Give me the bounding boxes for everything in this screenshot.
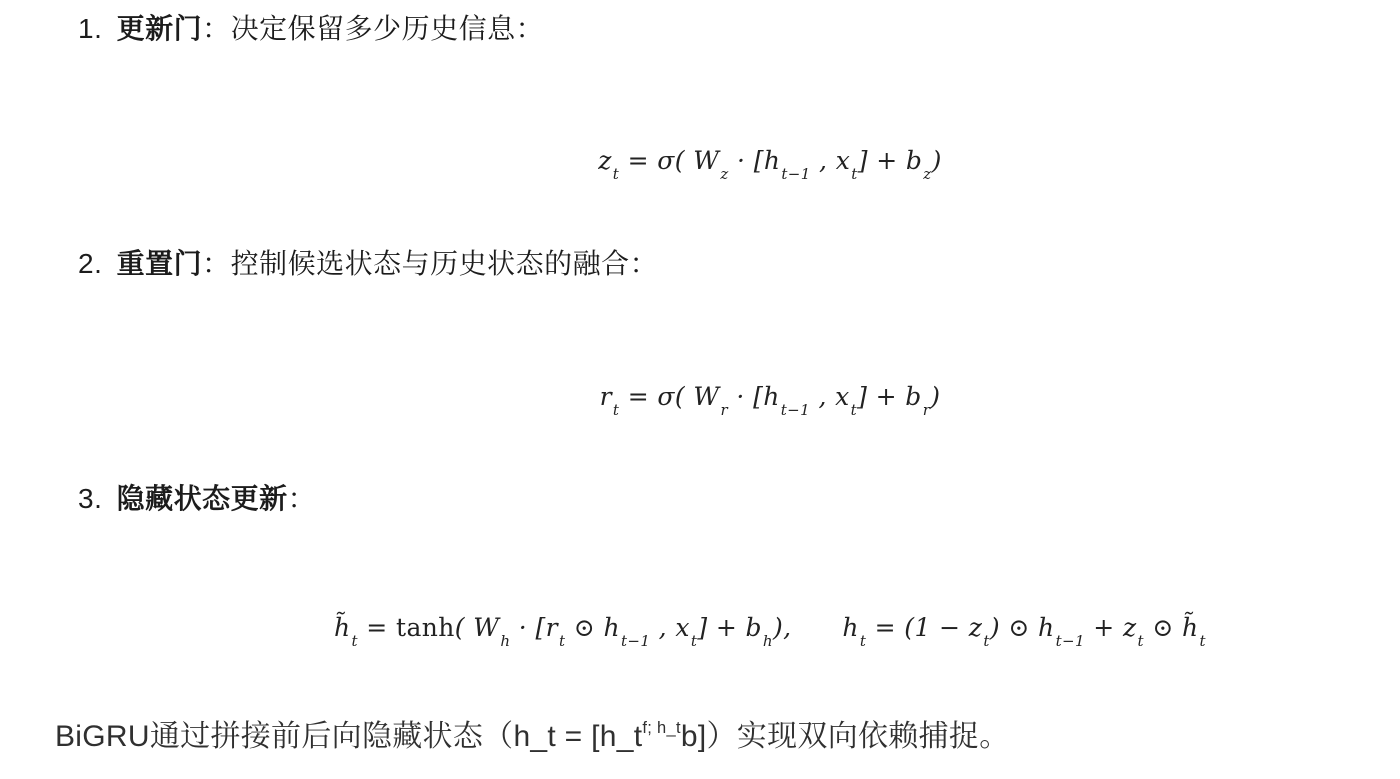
item-term: 隐藏状态更新 bbox=[117, 483, 288, 514]
text-run: t−1 bbox=[621, 632, 650, 650]
text-run: BiGRU通过拼接前后向隐藏状态（h_t = [h_t bbox=[55, 720, 642, 753]
text-run: ), bbox=[773, 613, 792, 642]
text-run: h bbox=[763, 632, 773, 650]
item-number: 2. bbox=[78, 248, 111, 279]
equation-hidden-state-update: h̃t = tanh( Wh · [rt ⊙ ht−1 , xt] + bh),… bbox=[0, 606, 1400, 650]
text-run: ⊙ bbox=[565, 613, 603, 642]
text-run: t bbox=[559, 632, 565, 650]
text-run: , x bbox=[650, 613, 690, 642]
text-run: z bbox=[720, 165, 728, 183]
text-run: + z bbox=[1085, 613, 1137, 642]
text-run: t bbox=[851, 401, 857, 419]
text-run: = σ( W bbox=[619, 146, 719, 175]
text-run: h bbox=[842, 613, 859, 642]
text-run: ) bbox=[930, 382, 940, 411]
text-run: = σ( W bbox=[619, 382, 719, 411]
text-run: h bbox=[500, 632, 510, 650]
text-run: t−1 bbox=[781, 165, 810, 183]
text-run: · [h bbox=[728, 382, 780, 411]
text-run: z bbox=[923, 165, 931, 183]
text-run: r bbox=[720, 401, 728, 419]
content-area: 1. 更新门：决定保留多少历史信息： zt = σ( Wz · [ht−1 , … bbox=[0, 0, 1400, 779]
text-run: t bbox=[352, 632, 358, 650]
text-run: f; h_t bbox=[642, 719, 681, 737]
text-run: t bbox=[613, 165, 619, 183]
item-text: ： bbox=[288, 483, 317, 514]
text-run: t bbox=[613, 401, 619, 419]
text-run: · [h bbox=[729, 146, 781, 175]
text-run: t bbox=[860, 632, 866, 650]
text-run: ] + b bbox=[857, 382, 922, 411]
item-number: 1. bbox=[78, 13, 111, 44]
text-run: t bbox=[1200, 632, 1206, 650]
item-text: ：决定保留多少历史信息： bbox=[202, 13, 544, 44]
text-run bbox=[792, 613, 843, 642]
text-run: = (1 − z bbox=[866, 613, 982, 642]
text-run: = bbox=[358, 613, 396, 642]
text-run: r bbox=[600, 382, 612, 411]
text-run: h bbox=[603, 613, 620, 642]
text-run: ( W bbox=[455, 613, 500, 642]
text-run: t−1 bbox=[1056, 632, 1085, 650]
item-number: 3. bbox=[78, 483, 111, 514]
text-run: t bbox=[851, 165, 857, 183]
text-run: ] + b bbox=[697, 613, 762, 642]
text-run: ) bbox=[932, 146, 942, 175]
text-run: t bbox=[1138, 632, 1144, 650]
text-run: r bbox=[923, 401, 931, 419]
text-run: z bbox=[598, 146, 612, 175]
item-term: 重置门 bbox=[117, 248, 203, 279]
text-run: t−1 bbox=[781, 401, 810, 419]
text-run: · [r bbox=[510, 613, 558, 642]
text-run: , x bbox=[811, 146, 851, 175]
list-item-update-gate: 1. 更新门：决定保留多少历史信息： bbox=[78, 10, 544, 48]
equation-reset-gate: rt = σ( Wr · [ht−1 , xt] + br) bbox=[0, 375, 1400, 419]
equation-update-gate: zt = σ( Wz · [ht−1 , xt] + bz) bbox=[0, 139, 1400, 183]
item-text: ：控制候选状态与历史状态的融合： bbox=[202, 248, 658, 279]
text-run: , x bbox=[810, 382, 850, 411]
text-run: h̃ bbox=[334, 613, 351, 642]
text-run: ) bbox=[990, 613, 1009, 642]
text-run: ] + b bbox=[858, 146, 923, 175]
item-term: 更新门 bbox=[117, 13, 203, 44]
document-page: { "page": { "background": "#ffffff", "te… bbox=[0, 0, 1400, 779]
text-run: b]）实现双向依赖捕捉。 bbox=[681, 720, 1010, 753]
footer-paragraph-bigru: BiGRU通过拼接前后向隐藏状态（h_t = [h_tf; h_tb]）实现双向… bbox=[55, 716, 1010, 758]
list-item-hidden-state-update: 3. 隐藏状态更新： bbox=[78, 480, 316, 518]
text-run: ⊙ bbox=[1008, 613, 1029, 642]
text-run: t bbox=[691, 632, 697, 650]
text-run: t bbox=[983, 632, 989, 650]
text-run: h̃ bbox=[1174, 613, 1199, 642]
text-run: tanh bbox=[396, 613, 455, 642]
list-item-reset-gate: 2. 重置门：控制候选状态与历史状态的融合： bbox=[78, 245, 658, 283]
text-run: ⊙ bbox=[1152, 613, 1173, 642]
text-run: h bbox=[1030, 613, 1055, 642]
